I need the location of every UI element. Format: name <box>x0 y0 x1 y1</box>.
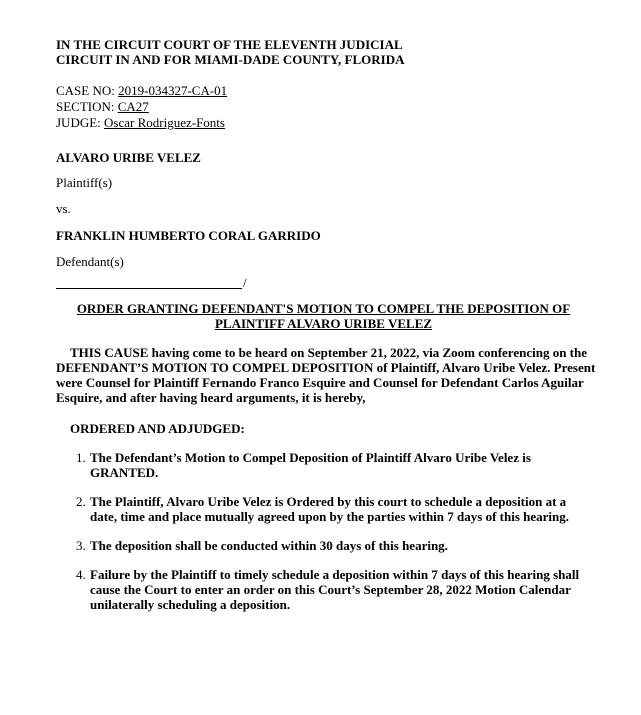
order-item-number: 1. <box>76 450 90 480</box>
court-heading-line-2: CIRCUIT IN AND FOR MIAMI-DADE COUNTY, FL… <box>56 52 405 67</box>
document-page: IN THE CIRCUIT COURT OF THE ELEVENTH JUD… <box>0 0 641 715</box>
order-item-text: The Defendant’s Motion to Compel Deposit… <box>90 450 596 480</box>
order-item-number: 3. <box>76 538 90 553</box>
order-title-line-1: ORDER GRANTING DEFENDANT'S MOTION TO COM… <box>56 301 591 316</box>
case-number-label: CASE NO: <box>56 83 118 98</box>
caption-divider-slash: / <box>243 275 247 291</box>
order-item: 1. The Defendant’s Motion to Compel Depo… <box>76 450 596 480</box>
plaintiff-label: Plaintiff(s) <box>56 175 112 191</box>
judge-name: Oscar Rodriguez-Fonts <box>104 115 225 130</box>
versus-label: vs. <box>56 201 71 217</box>
order-title: ORDER GRANTING DEFENDANT'S MOTION TO COM… <box>56 301 591 331</box>
defendant-label: Defendant(s) <box>56 254 124 270</box>
defendant-name: FRANKLIN HUMBERTO CORAL GARRIDO <box>56 228 321 244</box>
order-preamble: THIS CAUSE having come to be heard on Se… <box>56 345 596 405</box>
court-heading-line-1: IN THE CIRCUIT COURT OF THE ELEVENTH JUD… <box>56 37 405 52</box>
order-title-line-2: PLAINTIFF ALVARO URIBE VELEZ <box>56 316 591 331</box>
case-number: 2019-034327-CA-01 <box>118 83 227 98</box>
order-item: 2. The Plaintiff, Alvaro Uribe Velez is … <box>76 494 596 524</box>
order-item-number: 2. <box>76 494 90 524</box>
plaintiff-name: ALVARO URIBE VELEZ <box>56 150 201 166</box>
case-number-row: CASE NO: 2019-034327-CA-01 <box>56 83 227 99</box>
order-item: 3. The deposition shall be conducted wit… <box>76 538 596 553</box>
order-item-text: The deposition shall be conducted within… <box>90 538 596 553</box>
court-heading: IN THE CIRCUIT COURT OF THE ELEVENTH JUD… <box>56 37 405 67</box>
order-item-text: The Plaintiff, Alvaro Uribe Velez is Ord… <box>90 494 596 524</box>
order-item-text: Failure by the Plaintiff to timely sched… <box>90 567 596 612</box>
judge-row: JUDGE: Oscar Rodriguez-Fonts <box>56 115 227 131</box>
section-label: SECTION: <box>56 99 118 114</box>
case-info: CASE NO: 2019-034327-CA-01 SECTION: CA27… <box>56 83 227 131</box>
judge-label: JUDGE: <box>56 115 104 130</box>
order-item: 4. Failure by the Plaintiff to timely sc… <box>76 567 596 612</box>
section-value: CA27 <box>118 99 149 114</box>
ordered-heading: ORDERED AND ADJUDGED: <box>70 421 245 437</box>
section-row: SECTION: CA27 <box>56 99 227 115</box>
caption-divider-line <box>56 275 242 289</box>
order-item-number: 4. <box>76 567 90 612</box>
